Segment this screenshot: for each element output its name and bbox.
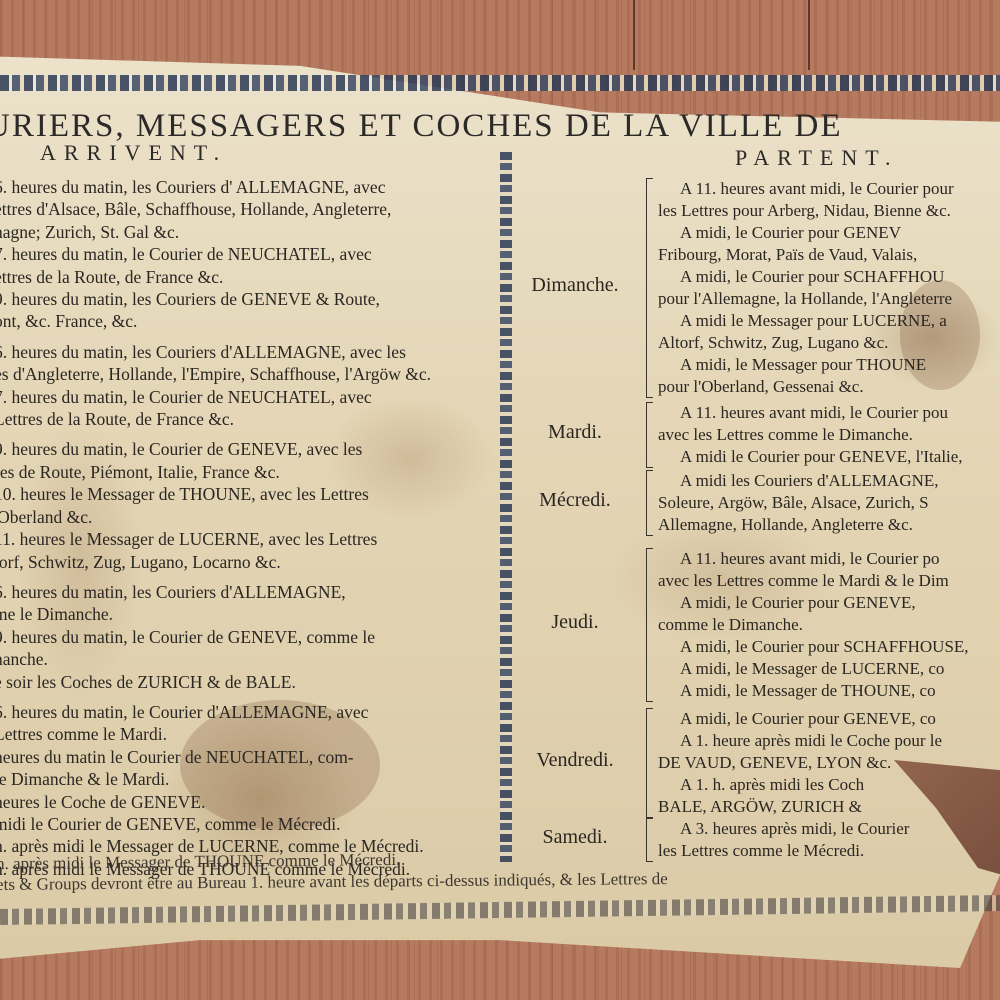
arrival-text-line: 9. heures du matin, le Courier de GENEVE…	[0, 438, 494, 460]
brace-icon	[646, 472, 657, 534]
departure-text-line: A midi, le Courier pour SCHAFFHOUSE,	[658, 636, 1000, 658]
paragraph-gap	[0, 573, 494, 581]
brace-icon	[646, 710, 657, 816]
arrival-text-line: Lettres comme le Mardi.	[0, 723, 494, 745]
brace-icon	[646, 404, 657, 466]
departure-text-line: Altorf, Schwitz, Zug, Lugano &c.	[658, 332, 1000, 354]
arrival-text-line: 9. heures du matin, le Courier de GENEVE…	[0, 626, 494, 648]
departure-block: A 11. heures avant midi, le Courier poav…	[658, 548, 1000, 702]
arrival-text-line: 7. heures du matin, le Courier de NEUCHA…	[0, 386, 494, 408]
arrivals-heading: ARRIVENT.	[40, 140, 227, 166]
departure-text-line: A 11. heures avant midi, le Courier pour	[658, 178, 1000, 200]
arrival-text-line: heures du matin le Courier de NEUCHATEL,…	[0, 746, 494, 768]
departure-text-line: pour l'Allemagne, la Hollande, l'Anglete…	[658, 288, 1000, 310]
departure-text-line: A midi, le Courier pour GENEVE, co	[658, 708, 1000, 730]
departure-text-line: A midi, le Messager de THOUNE, co	[658, 680, 1000, 702]
departure-text-line: pour l'Oberland, Gessenai &c.	[658, 376, 1000, 398]
arrival-text-line: ont, &c. France, &c.	[0, 310, 494, 332]
departure-text-line: les Lettres comme le Mécredi.	[658, 840, 1000, 862]
arrival-text-line: 6. heures du matin, les Couriers d'ALLEM…	[0, 581, 494, 603]
departure-text-line: A midi le Courier pour GENEVE, l'Italie,	[658, 446, 1000, 468]
arrival-text-line: 6. heures du matin, les Couriers d' ALLE…	[0, 176, 494, 198]
arrival-text-line: e soir les Coches de ZURICH & de BALE.	[0, 671, 494, 693]
arrival-text-line: es d'Angleterre, Hollande, l'Empire, Sch…	[0, 363, 494, 385]
day-label-mardi: Mardi.	[515, 421, 635, 444]
departure-text-line: Fribourg, Morat, Païs de Vaud, Valais,	[658, 244, 1000, 266]
ornamental-border-top	[0, 75, 1000, 91]
brace-icon	[646, 550, 657, 700]
brace-icon	[646, 180, 657, 396]
departure-text-line: A 11. heures avant midi, le Courier po	[658, 548, 1000, 570]
arrival-text-line: 9. heures du matin, les Couriers de GENE…	[0, 288, 494, 310]
arrival-text-line: 7. heures du matin, le Courier de NEUCHA…	[0, 243, 494, 265]
arrival-text-line: le Dimanche & le Mardi.	[0, 768, 494, 790]
departure-text-line: A midi, le Messager de LUCERNE, co	[658, 658, 1000, 680]
wood-board-seam	[808, 0, 810, 70]
departure-text-line: comme le Dimanche.	[658, 614, 1000, 636]
arrival-text-line: 'Oberland &c.	[0, 506, 494, 528]
arrival-text-line: heures le Coche de GENEVE.	[0, 791, 494, 813]
arrival-text-line: midi le Courier de GENEVE, comme le Mécr…	[0, 813, 494, 835]
departure-text-line: A midi les Couriers d'ALLEMAGNE,	[658, 470, 1000, 492]
arrival-text-line: me le Dimanche.	[0, 603, 494, 625]
departure-text-line: Allemagne, Hollande, Angleterre &c.	[658, 514, 1000, 536]
arrival-text-line: res de Route, Piémont, Italie, France &c…	[0, 461, 494, 483]
day-label-jeudi: Jeudi.	[515, 611, 635, 634]
arrival-text-line: 11. heures le Messager de LUCERNE, avec …	[0, 528, 494, 550]
brace-icon	[646, 820, 657, 860]
arrival-text-line: nanche.	[0, 648, 494, 670]
departure-text-line: A midi, le Courier pour GENEVE,	[658, 592, 1000, 614]
arrival-text-line: torf, Schwitz, Zug, Lugano, Locarno &c.	[0, 551, 494, 573]
departure-text-line: avec les Lettres comme le Dimanche.	[658, 424, 1000, 446]
ornamental-column-divider	[500, 152, 512, 862]
day-label-dimanche: Dimanche.	[515, 274, 635, 297]
departure-text-line: avec les Lettres comme le Mardi & le Dim	[658, 570, 1000, 592]
departure-text-line: A midi le Messager pour LUCERNE, a	[658, 310, 1000, 332]
arrival-text-line: 6. heures du matin, les Couriers d'ALLEM…	[0, 341, 494, 363]
departure-block: A 11. heures avant midi, le Courier poua…	[658, 402, 1000, 468]
arrival-text-line: 6. heures du matin, le Courier d'ALLEMAG…	[0, 701, 494, 723]
arrival-text-line: Lettres de la Route, de France &c.	[0, 408, 494, 430]
departure-block: A midi les Couriers d'ALLEMAGNE,Soleure,…	[658, 470, 1000, 536]
arrival-text-line: 10. heures le Messager de THOUNE, avec l…	[0, 483, 494, 505]
departures-heading: PARTENT.	[735, 145, 899, 171]
day-label-samedi: Samedi.	[515, 826, 635, 849]
footer-note-line: h. après midi le Messager de THOUNE comm…	[0, 850, 400, 874]
departure-text-line: Soleure, Argöw, Bâle, Alsace, Zurich, S	[658, 492, 1000, 514]
paragraph-gap	[0, 430, 494, 438]
departure-text-line: A 11. heures avant midi, le Courier pou	[658, 402, 1000, 424]
arrival-text-line: nagne; Zurich, St. Gal &c.	[0, 221, 494, 243]
departure-text-line: A 1. heure après midi le Coche pour le	[658, 730, 1000, 752]
departure-text-line: les Lettres pour Arberg, Nidau, Bienne &…	[658, 200, 1000, 222]
departure-block: A 11. heures avant midi, le Courier pour…	[658, 178, 1000, 398]
departure-text-line: A midi, le Courier pour GENEV	[658, 222, 1000, 244]
day-label-mcredi: Mécredi.	[515, 489, 635, 512]
paragraph-gap	[0, 693, 494, 701]
arrival-text-line: ettres d'Alsace, Bâle, Schaffhouse, Holl…	[0, 198, 494, 220]
wood-board-seam	[633, 0, 635, 70]
departure-text-line: A midi, le Courier pour SCHAFFHOU	[658, 266, 1000, 288]
day-label-vendredi: Vendredi.	[515, 749, 635, 772]
paragraph-gap	[0, 333, 494, 341]
arrivals-column: 6. heures du matin, les Couriers d' ALLE…	[0, 176, 494, 880]
arrival-text-line: ettres de la Route, de France &c.	[0, 266, 494, 288]
departure-text-line: A midi, le Messager pour THOUNE	[658, 354, 1000, 376]
